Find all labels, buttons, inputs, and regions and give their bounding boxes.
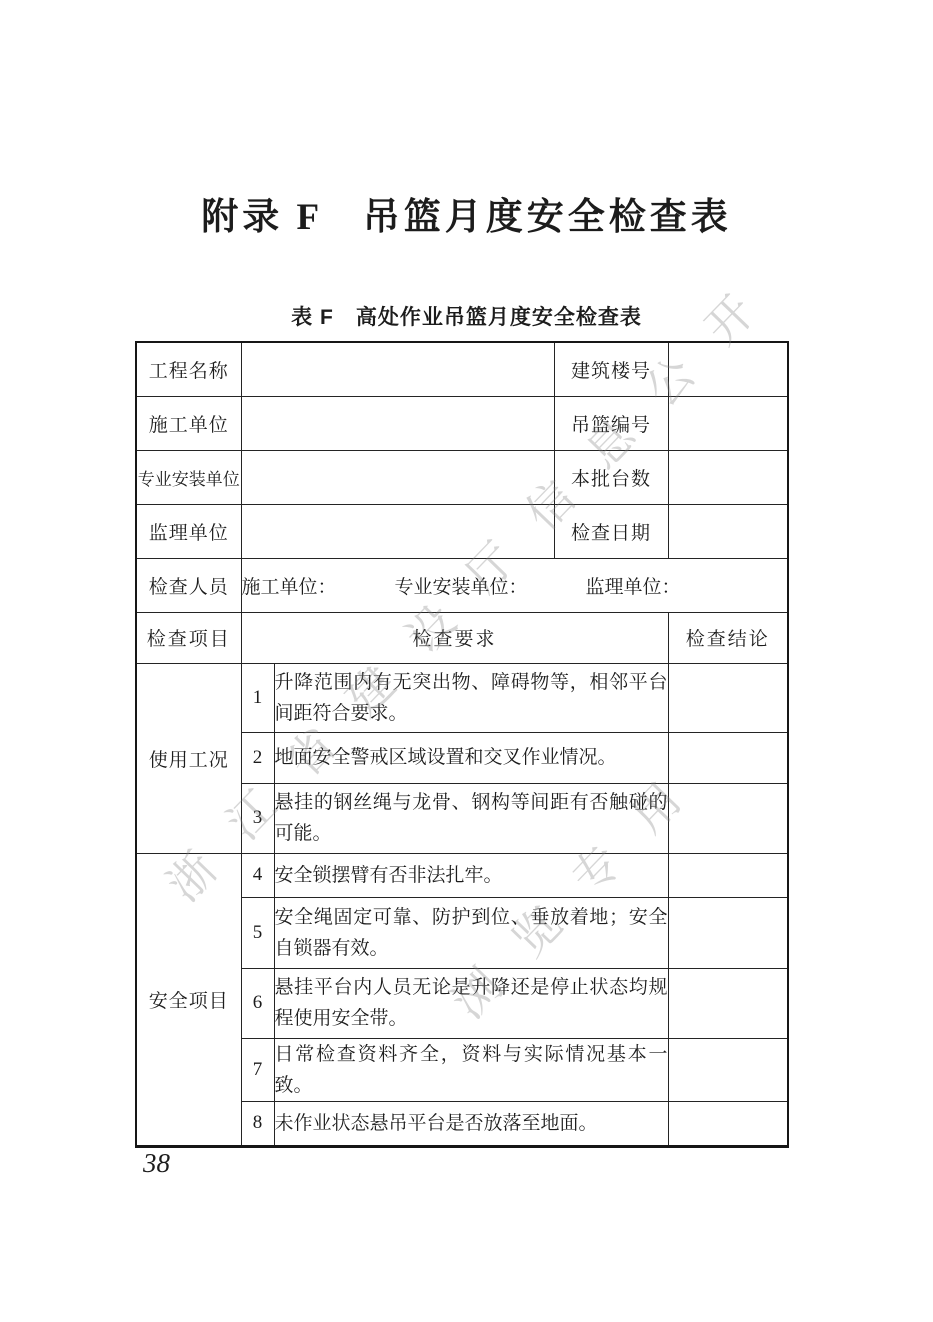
item-requirement: 安全绳固定可靠、防护到位、垂放着地；安全自锁器有效。 <box>274 897 668 968</box>
table-caption: 表 F 高处作业吊篮月度安全检查表 <box>0 301 933 331</box>
item-number: 5 <box>241 897 274 968</box>
item-requirement: 悬挂的钢丝绳与龙骨、钢构等间距有否触碰的可能。 <box>274 783 668 853</box>
inspectors-part-installation: 专业安装单位： <box>395 572 528 599</box>
field-value-batch-count <box>668 450 788 504</box>
info-row: 监理单位 检查日期 <box>136 504 788 558</box>
item-row: 安全项目 4 安全锁摆臂有否非法扎牢。 <box>136 853 788 897</box>
conclusion-cell <box>668 853 788 897</box>
conclusion-cell <box>668 897 788 968</box>
field-label-construction-unit: 施工单位 <box>136 396 241 450</box>
conclusion-cell <box>668 1038 788 1101</box>
field-label-building-number: 建筑楼号 <box>554 342 668 396</box>
group-label-safety-items: 安全项目 <box>136 853 241 1146</box>
field-label-project-name: 工程名称 <box>136 342 241 396</box>
item-number: 7 <box>241 1038 274 1101</box>
item-number: 8 <box>241 1101 274 1146</box>
item-number: 1 <box>241 663 274 732</box>
field-label-inspection-date: 检查日期 <box>554 504 668 558</box>
field-value-gondola-number <box>668 396 788 450</box>
page-title: 附录 F 吊篮月度安全检查表 <box>0 186 933 240</box>
item-requirement: 未作业状态悬吊平台是否放落至地面。 <box>274 1101 668 1146</box>
column-header-row: 检查项目 检查要求 检查结论 <box>136 612 788 663</box>
field-label-supervision-unit: 监理单位 <box>136 504 241 558</box>
inspectors-content: 施工单位： 专业安装单位： 监理单位： <box>241 558 788 612</box>
header-conclusion-column: 检查结论 <box>668 612 788 663</box>
item-number: 4 <box>241 853 274 897</box>
page-number: 38 <box>143 1148 170 1179</box>
field-label-installation-unit: 专业安装单位 <box>136 450 241 504</box>
inspectors-part-construction: 施工单位： <box>242 572 337 599</box>
field-label-inspectors: 检查人员 <box>136 558 241 612</box>
header-requirement-column: 检查要求 <box>241 612 668 663</box>
header-item-column: 检查项目 <box>136 612 241 663</box>
item-number: 3 <box>241 783 274 853</box>
field-value-project-name <box>241 342 554 396</box>
field-label-batch-count: 本批台数 <box>554 450 668 504</box>
inspectors-part-supervision: 监理单位： <box>586 572 681 599</box>
group-label-usage-conditions: 使用工况 <box>136 663 241 853</box>
item-requirement: 升降范围内有无突出物、障碍物等，相邻平台间距符合要求。 <box>274 663 668 732</box>
conclusion-cell <box>668 1101 788 1146</box>
conclusion-cell <box>668 663 788 732</box>
document-page: 浙江省建设厅信息公开 浏览专用 附录 F 吊篮月度安全检查表 表 F 高处作业吊… <box>0 0 933 1322</box>
inspection-form-table: 工程名称 建筑楼号 施工单位 吊篮编号 专业安装单位 本批台数 监理单位 检查 <box>135 341 789 1148</box>
item-requirement: 日常检查资料齐全，资料与实际情况基本一致。 <box>274 1038 668 1101</box>
field-label-gondola-number: 吊篮编号 <box>554 396 668 450</box>
field-value-building-number <box>668 342 788 396</box>
field-value-supervision-unit <box>241 504 554 558</box>
inspectors-row: 检查人员 施工单位： 专业安装单位： 监理单位： <box>136 558 788 612</box>
field-value-inspection-date <box>668 504 788 558</box>
conclusion-cell <box>668 968 788 1038</box>
item-requirement: 悬挂平台内人员无论是升降还是停止状态均规程使用安全带。 <box>274 968 668 1038</box>
item-number: 6 <box>241 968 274 1038</box>
info-row: 工程名称 建筑楼号 <box>136 342 788 396</box>
field-value-installation-unit <box>241 450 554 504</box>
field-value-construction-unit <box>241 396 554 450</box>
item-row: 使用工况 1 升降范围内有无突出物、障碍物等，相邻平台间距符合要求。 <box>136 663 788 732</box>
conclusion-cell <box>668 732 788 783</box>
conclusion-cell <box>668 783 788 853</box>
item-requirement: 地面安全警戒区域设置和交叉作业情况。 <box>274 732 668 783</box>
item-number: 2 <box>241 732 274 783</box>
info-row: 施工单位 吊篮编号 <box>136 396 788 450</box>
item-requirement: 安全锁摆臂有否非法扎牢。 <box>274 853 668 897</box>
info-row: 专业安装单位 本批台数 <box>136 450 788 504</box>
